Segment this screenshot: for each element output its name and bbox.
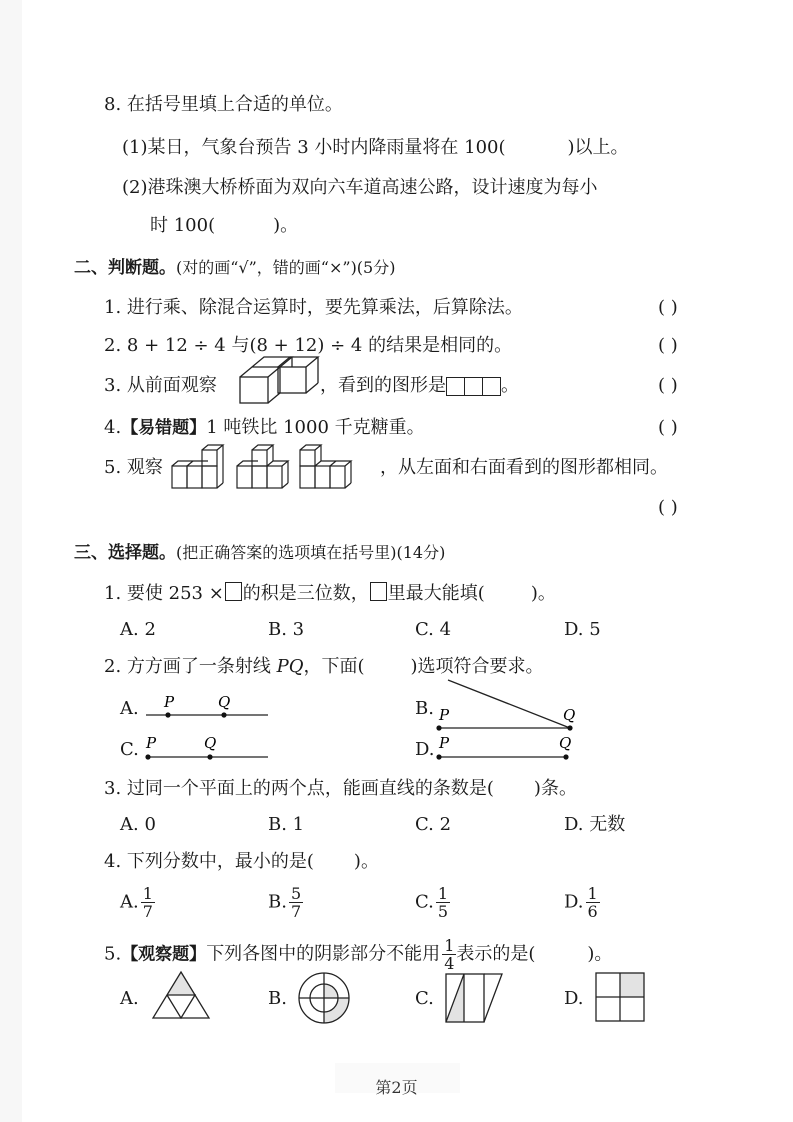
- q8-sub1: (1)某日，气象台预告 3 小时内降雨量将在 100()以上。: [122, 136, 629, 160]
- s3-q3-option-a[interactable]: A. 0: [120, 813, 156, 837]
- s3-q2: 2. 方方画了一条射线 PQ，下面()选项符合要求。: [104, 655, 544, 679]
- line-diagram-d: P Q: [436, 735, 586, 765]
- q8-sub2-text-end: )。: [273, 215, 298, 236]
- s3-q5-num: 5.: [104, 944, 121, 965]
- section2-heading: 二、判断题。(对的画“√”，错的画“×”)(5分): [74, 256, 395, 280]
- option-label: C.: [415, 892, 434, 913]
- fraction: 57: [289, 885, 303, 920]
- s3-q5: 5.【观察题】下列各图中的阴影部分不能用14表示的是()。: [104, 937, 612, 972]
- s2-answer-1[interactable]: ( ): [658, 296, 678, 320]
- square-figure: [595, 972, 647, 1024]
- s2-item-1: 1. 进行乘、除混合运算时，要先算乘法，后算除法。: [104, 296, 523, 320]
- front-view-three-squares: [446, 377, 501, 401]
- fraction: 15: [436, 885, 450, 920]
- svg-text:Q: Q: [559, 734, 571, 752]
- s3-q3-option-c[interactable]: C. 2: [415, 813, 451, 837]
- s2-item-5-a: 5. 观察: [104, 456, 163, 480]
- s3-q3-text-a: 3. 过同一个平面上的两个点，能画直线的条数是(: [104, 778, 494, 799]
- s2-item-4-text: 1 吨铁比 1000 千克糖重。: [206, 417, 424, 438]
- s2-item-3-end: 。: [501, 375, 519, 396]
- q8-sub2-text: 时 100(: [150, 215, 215, 236]
- s2-item-3-b: ，看到的图形是。: [320, 374, 519, 401]
- s2-item-4: 4.【易错题】1 吨铁比 1000 千克糖重。: [104, 416, 425, 440]
- s3-q2-option-d[interactable]: D.: [415, 738, 435, 762]
- section2-title: 二、判断题。: [74, 258, 176, 278]
- ray-pq-label: PQ: [277, 656, 304, 677]
- q8-sub1-text-end: )以上。: [568, 137, 629, 158]
- option-label: A.: [120, 892, 139, 913]
- s2-answer-3[interactable]: ( ): [658, 374, 678, 398]
- s3-q1-text-d: )。: [531, 583, 556, 604]
- s3-q2-text-c: )选项符合要求。: [411, 656, 544, 677]
- s2-item-3-a: 3. 从前面观察: [104, 374, 217, 398]
- blank-square-icon: [225, 582, 242, 601]
- s3-q2-option-c[interactable]: C.: [120, 738, 139, 762]
- s3-q3-text-b: )条。: [534, 778, 577, 799]
- svg-text:P: P: [163, 693, 175, 711]
- svg-text:P: P: [145, 734, 157, 752]
- q8-sub1-text: (1)某日，气象台预告 3 小时内降雨量将在 100(: [122, 137, 506, 158]
- s2-item-4-num: 4.: [104, 417, 121, 438]
- s3-q3-option-d[interactable]: D. 无数: [564, 813, 625, 837]
- s2-item-3-text: ，看到的图形是: [320, 375, 446, 396]
- s3-q1-option-b[interactable]: B. 3: [268, 618, 304, 642]
- s3-q4: 4. 下列分数中，最小的是()。: [104, 850, 379, 874]
- svg-text:P: P: [438, 734, 450, 752]
- s3-q4-option-b[interactable]: B.57: [268, 885, 303, 920]
- s2-answer-5[interactable]: ( ): [658, 496, 678, 520]
- s3-q2-text-a: 2. 方方画了一条射线: [104, 656, 277, 677]
- s3-q3: 3. 过同一个平面上的两个点，能画直线的条数是()条。: [104, 777, 577, 801]
- s3-q1-option-c[interactable]: C. 4: [415, 618, 451, 642]
- s3-q4-text-a: 4. 下列分数中，最小的是(: [104, 851, 314, 872]
- s3-q5-option-c[interactable]: C.: [415, 987, 434, 1011]
- fraction-one-quarter: 14: [442, 937, 456, 972]
- s3-q1-text-c: 里最大能填(: [388, 583, 485, 604]
- line-diagram-a: P Q: [146, 694, 271, 724]
- page-edge-shadow: [0, 0, 22, 1122]
- page-number: 第2页: [0, 1075, 793, 1098]
- section3-heading: 三、选择题。(把正确答案的选项填在括号里)(14分): [74, 541, 445, 565]
- q8-sub2: (2)港珠澳大桥桥面为双向六车道高速公路，设计速度为每小: [122, 176, 598, 200]
- s3-q2-text-b: ，下面(: [304, 656, 365, 677]
- s2-answer-4[interactable]: ( ): [658, 416, 678, 440]
- svg-text:Q: Q: [563, 706, 575, 724]
- cubes-figure-q3: [238, 355, 318, 410]
- s3-q5-option-d[interactable]: D.: [564, 987, 584, 1011]
- s3-q1-option-d[interactable]: D. 5: [564, 618, 601, 642]
- s3-q5-text-b: 表示的是(: [456, 944, 535, 965]
- svg-text:Q: Q: [218, 693, 230, 711]
- tag-observation: 【观察题】: [121, 945, 206, 965]
- s3-q4-option-c[interactable]: C.15: [415, 885, 450, 920]
- section3-note: (把正确答案的选项填在括号里)(14分): [176, 543, 445, 562]
- cubes-figures-q5: [170, 444, 380, 492]
- tag-error-prone: 【易错题】: [121, 418, 206, 438]
- s2-answer-2[interactable]: ( ): [658, 334, 678, 358]
- s3-q2-option-b[interactable]: B.: [415, 697, 434, 721]
- s2-item-5-b: ，从左面和右面看到的图形都相同。: [380, 456, 668, 480]
- svg-text:P: P: [438, 706, 450, 724]
- s3-q1: 1. 要使 253 ×的积是三位数，里最大能填()。: [104, 582, 556, 606]
- triangle-figure: [152, 970, 212, 1022]
- s3-q4-option-d[interactable]: D.16: [564, 885, 600, 920]
- option-label: B.: [268, 892, 287, 913]
- option-label: D.: [564, 892, 584, 913]
- s3-q5-text-c: )。: [587, 944, 612, 965]
- section3-title: 三、选择题。: [74, 543, 176, 563]
- s3-q1-text-b: 的积是三位数，: [243, 583, 369, 604]
- s3-q2-option-a[interactable]: A.: [120, 697, 139, 721]
- s3-q1-option-a[interactable]: A. 2: [120, 618, 156, 642]
- section2-note: (对的画“√”，错的画“×”)(5分): [176, 258, 395, 277]
- line-diagram-b: P Q: [436, 680, 586, 732]
- s3-q5-option-b[interactable]: B.: [268, 987, 287, 1011]
- fraction: 16: [586, 885, 600, 920]
- svg-text:Q: Q: [204, 734, 216, 752]
- fraction: 17: [141, 885, 155, 920]
- q8-sub2-cont: 时 100()。: [150, 214, 298, 238]
- s3-q4-option-a[interactable]: A.17: [120, 885, 155, 920]
- blank-square-icon: [370, 582, 387, 601]
- parallelogram-figure: [444, 972, 504, 1024]
- circle-figure: [298, 972, 352, 1026]
- q8-title: 8. 在括号里填上合适的单位。: [104, 93, 343, 117]
- s3-q5-text-a: 下列各图中的阴影部分不能用: [206, 944, 440, 965]
- s3-q1-text-a: 1. 要使 253 ×: [104, 583, 224, 604]
- s3-q4-text-b: )。: [354, 851, 379, 872]
- line-diagram-c: P Q: [146, 735, 271, 765]
- s3-q3-option-b[interactable]: B. 1: [268, 813, 304, 837]
- s3-q5-option-a[interactable]: A.: [120, 987, 139, 1011]
